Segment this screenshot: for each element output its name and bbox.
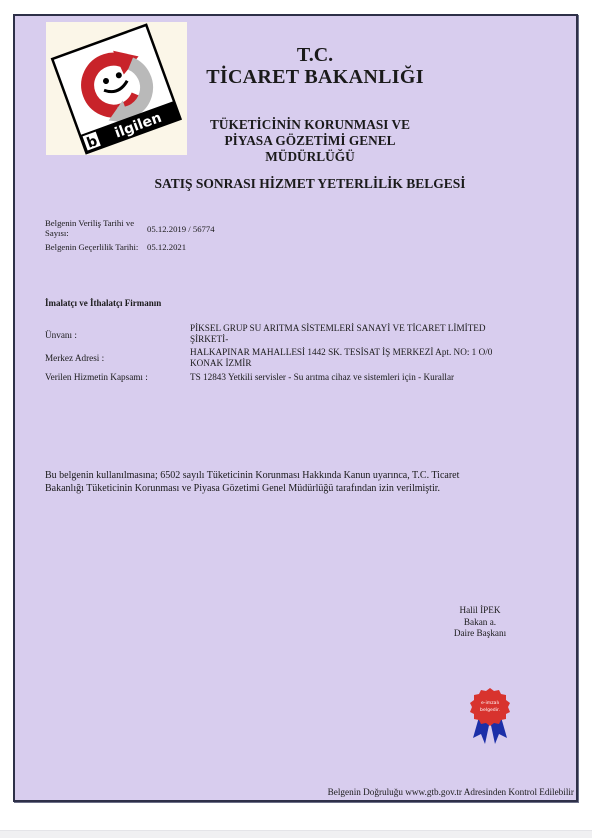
verification-footer: Belgenin Doğruluğu www.gtb.gov.tr Adresi… (328, 787, 574, 797)
directorate-line: TÜKETİCİNİN KORUNMASI VE (185, 117, 435, 133)
document-title: SATIŞ SONRASI HİZMET YETERLİLİK BELGESİ (95, 176, 525, 192)
svg-text:e-imzalı: e-imzalı (481, 700, 499, 706)
signer-on-behalf: Bakan a. (435, 617, 525, 629)
issue-date-value: 05.12.2019 / 56774 (147, 224, 215, 234)
service-scope-label: Verilen Hizmetin Kapsamı : (45, 372, 148, 383)
service-scope-value: TS 12843 Yetkili servisler - Su arıtma c… (190, 372, 570, 383)
firm-section-title: İmalatçı ve İthalatçı Firmanın (45, 298, 161, 308)
firm-address-value: HALKAPINAR MAHALLESİ 1442 SK. TESİSAT İŞ… (190, 347, 570, 369)
header-ministry: TİCARET BAKANLIĞI (165, 66, 465, 89)
value-line: HALKAPINAR MAHALLESİ 1442 SK. TESİSAT İŞ… (190, 347, 570, 358)
label-line: Belgenin Veriliş Tarihi ve (45, 218, 145, 228)
issue-date-label: Belgenin Veriliş Tarihi ve Sayısı: (45, 218, 145, 238)
certificate-document: b ilgilen T.C. TİCARET BAKANLIĞI TÜKETİC… (13, 14, 578, 802)
value-line: PİKSEL GRUP SU ARITMA SİSTEMLERİ SANAYİ … (190, 323, 550, 334)
firm-address-label: Merkez Adresi : (45, 353, 104, 364)
label-line: Sayısı: (45, 228, 145, 238)
signer-position: Daire Başkanı (435, 628, 525, 640)
directorate-line: MÜDÜRLÜĞÜ (185, 149, 435, 165)
svg-text:belgedir.: belgedir. (480, 707, 500, 713)
validity-date-value: 05.12.2021 (147, 242, 186, 252)
statement-line: Bu belgenin kullanılmasına; 6502 sayılı … (45, 470, 555, 483)
header-tc: T.C. (255, 44, 375, 67)
header-directorate: TÜKETİCİNİN KORUNMASI VE PİYASA GÖZETİMİ… (185, 117, 435, 165)
e-signature-rosette-icon: e-imzalı belgedir. (467, 686, 513, 748)
signer-name: Halil İPEK (435, 605, 525, 617)
signature-block: Halil İPEK Bakan a. Daire Başkanı (435, 605, 525, 640)
validity-date-label: Belgenin Geçerlilik Tarihi: (45, 242, 138, 252)
directorate-line: PİYASA GÖZETİMİ GENEL (185, 133, 435, 149)
firm-title-value: PİKSEL GRUP SU ARITMA SİSTEMLERİ SANAYİ … (190, 323, 550, 345)
firm-title-label: Ünvanı : (45, 330, 77, 341)
value-line: KONAK İZMİR (190, 358, 570, 369)
authorization-statement: Bu belgenin kullanılmasına; 6502 sayılı … (45, 470, 555, 495)
value-line: ŞİRKETİ- (190, 334, 550, 345)
page-bottom-edge (0, 830, 592, 838)
statement-line: Bakanlığı Tüketicinin Korunması ve Piyas… (45, 483, 555, 496)
